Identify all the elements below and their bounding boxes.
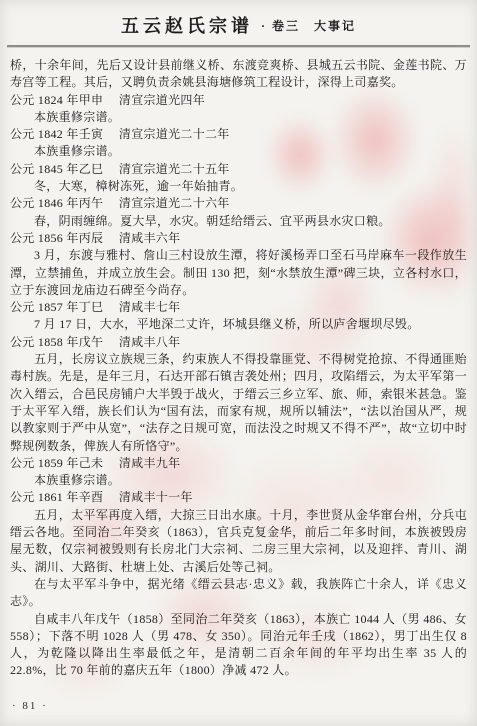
entry-paragraph: 本族重修宗谱。	[10, 472, 467, 489]
entry-era-line: 公元 1845 年乙巳 清宣宗道光二十五年	[10, 161, 467, 178]
entry-era-line: 公元 1842 年壬寅 清宣宗道光二十二年	[10, 126, 467, 143]
entry-paragraph: 冬，大寒，樟树冻死，逾一年始抽青。	[10, 178, 467, 195]
entry-era-line: 公元 1857 年丁巳 清咸丰七年	[10, 299, 467, 316]
entry-era-line: 公元 1856 年丙辰 清咸丰六年	[10, 230, 467, 247]
entry-era-line: 公元 1861 年辛酉 清咸丰十一年	[10, 489, 467, 506]
entry-era-line: 公元 1824 年甲申 清宣宗道光四年	[10, 92, 467, 109]
entry-paragraph: 春，阴雨缠绵。夏大旱，水灾。朝廷给缙云、宜平两县水灾口粮。	[10, 213, 467, 230]
entry-paragraph: 在与太平军斗争中，据光绪《缙云县志·忠义》载，我族阵亡十余人，详《忠义志》。	[10, 576, 467, 611]
page-header: 五云赵氏宗谱 · 卷三 大事记	[0, 0, 477, 47]
entry-paragraph: 五月，太平军再度入缙，大掠三日出水康。十月，李世贤从金华窜台州，分兵屯缙云各地。…	[10, 507, 467, 576]
header-rule	[7, 45, 470, 47]
entry-paragraph: 本族重修宗谱。	[10, 109, 467, 126]
entry-paragraph: 自咸丰八年戊午（1858）至同治二年癸亥（1863），本族亡 1044 人（男 …	[10, 611, 467, 680]
entry-paragraph: 7 月 17 日，大水，平地深二丈许，坏城县继义桥，所以庐舍堰坝尽毁。	[10, 316, 467, 333]
page-number: · 81 ·	[12, 700, 48, 712]
chronicle-body: 桥，十余年间，先后又设计县前继义桥、东渡竞爽桥、县城五云书院、金莲书院、万寿宫等…	[10, 57, 467, 680]
book-title: 五云赵氏宗谱	[121, 12, 253, 38]
entry-paragraph: 五月，长房议立族规三条，约束族人不得投靠匪党、不得树党抢掠、不得通匪贻毒村族。先…	[10, 351, 467, 455]
entry-era-line: 公元 1859 年己未 清咸丰九年	[10, 455, 467, 472]
scanned-genealogy-page: 五云赵氏宗谱 · 卷三 大事记 桥，十余年间，先后又设计县前继义桥、东渡竞爽桥、…	[0, 0, 477, 726]
entry-era-line: 公元 1846 年丙午 清宣宗道光二十六年	[10, 195, 467, 212]
entry-paragraph: 本族重修宗谱。	[10, 143, 467, 160]
entry-paragraph: 3 月，东渡与雅村、詹山三村设放生潭，将好溪杨弄口至石马岸麻车一段作放生潭，立禁…	[10, 247, 467, 299]
continuation-paragraph: 桥，十余年间，先后又设计县前继义桥、东渡竞爽桥、县城五云书院、金莲书院、万寿宫等…	[10, 57, 467, 92]
volume-subtitle: · 卷三 大事记	[261, 17, 356, 34]
entry-era-line: 公元 1858 年戊午 清咸丰八年	[10, 334, 467, 351]
